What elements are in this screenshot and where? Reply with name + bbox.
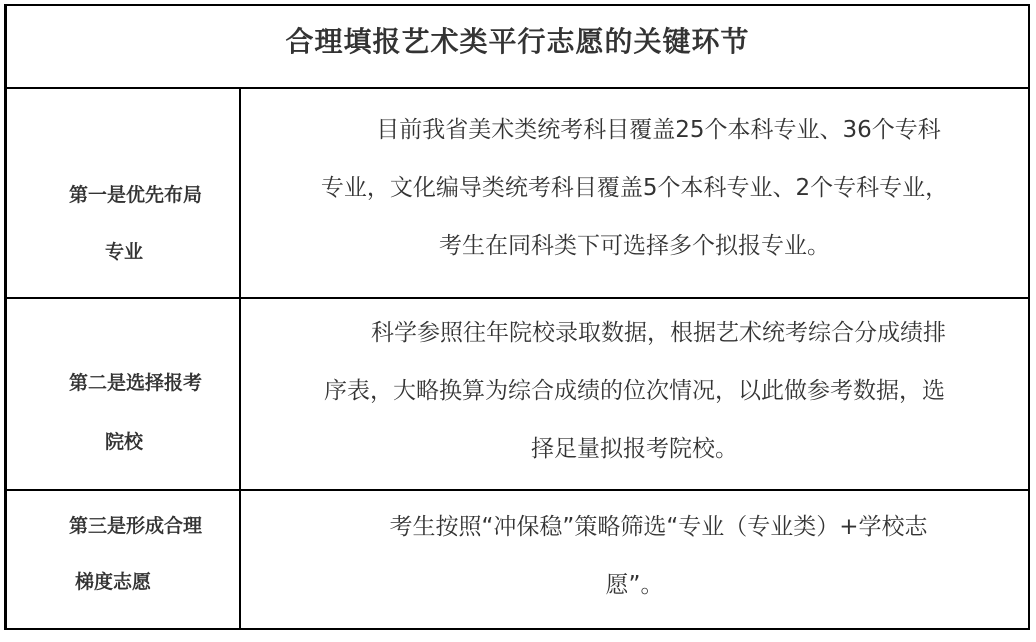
row-label-line: 院校 [105, 411, 239, 473]
row-content-cell: 目前我省美术类统考科目覆盖25个本科专业、36个专科 专业，文化编导类统考科目覆… [241, 89, 1028, 297]
content-line: 科学参照往年院校录取数据，根据艺术统考综合分成绩排 [241, 304, 1028, 362]
row-label-line: 第二是选择报考 [69, 352, 239, 414]
row-label-cell: 第一是优先布局 专业 [7, 89, 241, 297]
table-row: 第一是优先布局 专业 目前我省美术类统考科目覆盖25个本科专业、36个专科 专业… [7, 89, 1028, 299]
content-line: 序表，大略换算为综合成绩的位次情况，以此做参考数据，选 [241, 362, 1028, 420]
content-line: 考生按照“冲保稳”策略筛选“专业（专业类）+学校志 [241, 498, 1028, 556]
row-label-line: 梯度志愿 [75, 551, 239, 613]
key-steps-table: 合理填报艺术类平行志愿的关键环节 第一是优先布局 专业 目前我省美术类统考科目覆… [4, 4, 1030, 630]
row-label-line: 第一是优先布局 [69, 164, 239, 226]
row-content-cell: 科学参照往年院校录取数据，根据艺术统考综合分成绩排 序表，大略换算为综合成绩的位… [241, 299, 1028, 489]
content-line: 考生在同科类下可选择多个拟报专业。 [241, 217, 1028, 275]
table-title-row: 合理填报艺术类平行志愿的关键环节 [7, 6, 1028, 89]
content-line: 择足量拟报考院校。 [241, 420, 1028, 478]
table-title: 合理填报艺术类平行志愿的关键环节 [285, 20, 749, 60]
table-row: 第三是形成合理 梯度志愿 考生按照“冲保稳”策略筛选“专业（专业类）+学校志 愿… [7, 491, 1028, 628]
table-row: 第二是选择报考 院校 科学参照往年院校录取数据，根据艺术统考综合分成绩排 序表，… [7, 299, 1028, 491]
content-line: 专业，文化编导类统考科目覆盖5个本科专业、2个专科专业， [241, 159, 1028, 217]
row-label-cell: 第二是选择报考 院校 [7, 299, 241, 489]
row-content-cell: 考生按照“冲保稳”策略筛选“专业（专业类）+学校志 愿”。 [241, 491, 1028, 628]
row-label-line: 专业 [105, 221, 239, 283]
content-line: 愿”。 [241, 556, 1028, 614]
row-label-line: 第三是形成合理 [69, 495, 239, 557]
row-label-cell: 第三是形成合理 梯度志愿 [7, 491, 241, 628]
content-line: 目前我省美术类统考科目覆盖25个本科专业、36个专科 [241, 101, 1028, 159]
